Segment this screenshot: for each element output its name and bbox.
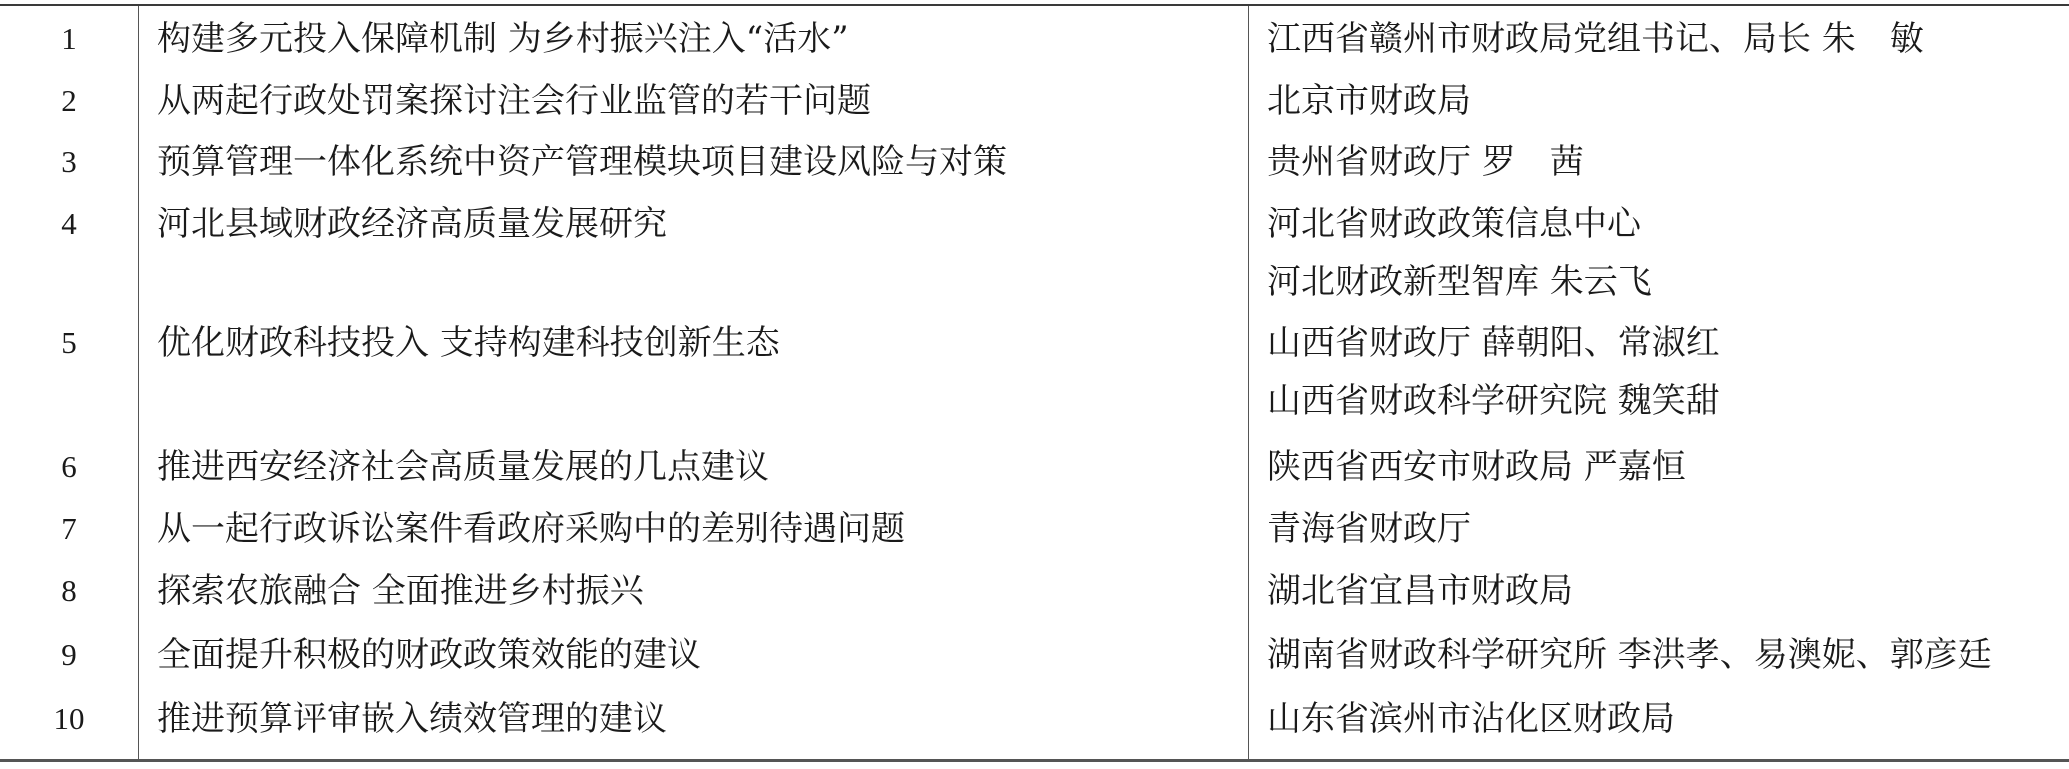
article-author: 湖北省宜昌市财政局	[1267, 562, 1573, 620]
author-line: 河北省财政政策信息中心	[1267, 195, 1652, 253]
article-title: 从一起行政诉讼案件看政府采购中的差别待遇问题	[157, 500, 905, 558]
article-title: 河北县域财政经济高质量发展研究	[157, 195, 667, 253]
author-line: 湖南省财政科学研究所 李洪孝、易澳妮、郭彦廷	[1267, 626, 1992, 684]
row-number: 6	[0, 438, 138, 496]
author-line: 山西省财政科学研究院 魏笑甜	[1267, 372, 1720, 430]
row-number: 8	[0, 562, 138, 620]
article-title: 预算管理一体化系统中资产管理模块项目建设风险与对策	[157, 133, 1007, 191]
author-line: 陕西省西安市财政局 严嘉恒	[1267, 438, 1686, 496]
article-title: 探索农旅融合 全面推进乡村振兴	[157, 562, 644, 620]
article-author: 青海省财政厅	[1267, 500, 1471, 558]
row-number: 10	[0, 690, 138, 748]
author-line: 贵州省财政厅 罗 茜	[1267, 133, 1584, 191]
article-author: 北京市财政局	[1267, 72, 1471, 130]
article-author: 河北省财政政策信息中心 河北财政新型智库 朱云飞	[1267, 195, 1652, 311]
table-top-rule	[0, 4, 2069, 6]
article-author: 山东省滨州市沾化区财政局	[1267, 690, 1675, 748]
author-line: 河北财政新型智库 朱云飞	[1267, 253, 1652, 311]
article-title: 推进预算评审嵌入绩效管理的建议	[157, 690, 667, 748]
row-number: 4	[0, 195, 138, 253]
article-author: 山西省财政厅 薛朝阳、常淑红 山西省财政科学研究院 魏笑甜	[1267, 314, 1720, 430]
author-line: 江西省赣州市财政局党组书记、局长 朱 敏	[1267, 10, 1924, 68]
article-author: 湖南省财政科学研究所 李洪孝、易澳妮、郭彦廷	[1267, 626, 1992, 684]
article-author: 贵州省财政厅 罗 茜	[1267, 133, 1584, 191]
table-bottom-rule	[0, 759, 2069, 762]
article-table: 1 构建多元投入保障机制 为乡村振兴注入“活水” 江西省赣州市财政局党组书记、局…	[0, 0, 2069, 769]
article-title: 推进西安经济社会高质量发展的几点建议	[157, 438, 769, 496]
article-title: 构建多元投入保障机制 为乡村振兴注入“活水”	[157, 10, 849, 68]
author-line: 青海省财政厅	[1267, 500, 1471, 558]
author-line: 山西省财政厅 薛朝阳、常淑红	[1267, 314, 1720, 372]
author-line: 北京市财政局	[1267, 72, 1471, 130]
article-author: 陕西省西安市财政局 严嘉恒	[1267, 438, 1686, 496]
row-number: 7	[0, 500, 138, 558]
column-divider-author	[1248, 6, 1249, 759]
row-number: 3	[0, 133, 138, 191]
row-number: 9	[0, 626, 138, 684]
row-number: 2	[0, 72, 138, 130]
author-line: 湖北省宜昌市财政局	[1267, 562, 1573, 620]
article-author: 江西省赣州市财政局党组书记、局长 朱 敏	[1267, 10, 1924, 68]
row-number: 1	[0, 10, 138, 68]
article-title: 全面提升积极的财政政策效能的建议	[157, 626, 701, 684]
column-divider-number	[138, 6, 139, 759]
article-title: 优化财政科技投入 支持构建科技创新生态	[157, 314, 780, 372]
row-number: 5	[0, 314, 138, 372]
article-title: 从两起行政处罚案探讨注会行业监管的若干问题	[157, 72, 871, 130]
author-line: 山东省滨州市沾化区财政局	[1267, 690, 1675, 748]
